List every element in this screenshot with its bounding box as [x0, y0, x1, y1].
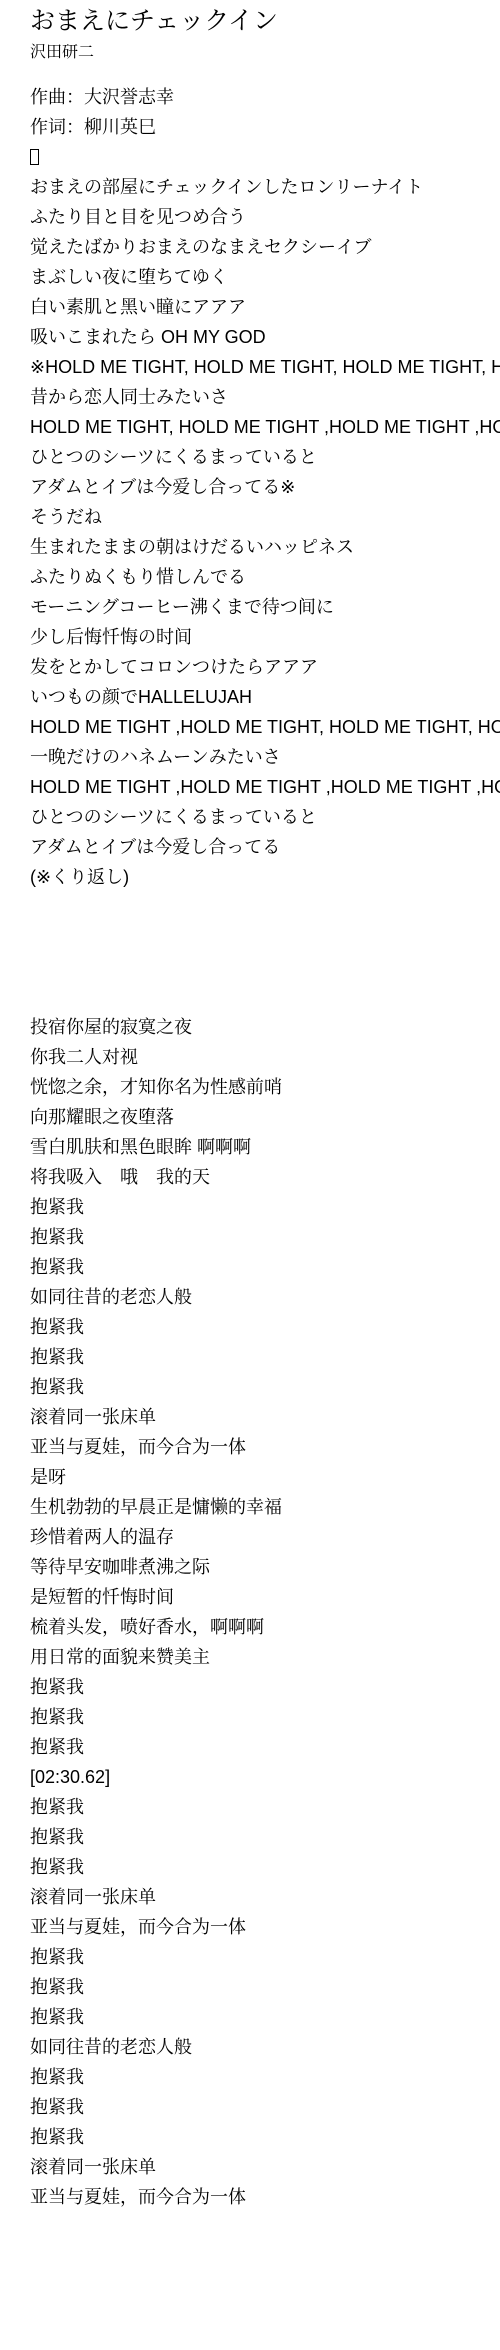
lyric-line: 梳着头发，喷好香水，啊啊啊 — [30, 1612, 500, 1642]
lyric-line: 亚当与夏娃，而今合为一体 — [30, 1432, 500, 1462]
lyric-line: 等待早安咖啡煮沸之际 — [30, 1552, 500, 1582]
lyric-line: 抱紧我 — [30, 2122, 500, 2152]
lyric-line: 你我二人对视 — [30, 1042, 500, 1072]
lyric-line: 是短暂的忏悔时间 — [30, 1582, 500, 1612]
lyric-line: アダムとイブは今爱し合ってる※ — [30, 472, 500, 502]
lyric-line: HOLD ME TIGHT ,HOLD ME TIGHT ,HOLD ME TI… — [30, 772, 500, 802]
lyric-line — [30, 142, 500, 172]
lyric-line: いつもの颜でHALLELUJAH — [30, 682, 500, 712]
lyric-line: ひとつのシーツにくるまっていると — [30, 442, 500, 472]
lyric-line: 抱紧我 — [30, 1702, 500, 1732]
lyric-line: 抱紧我 — [30, 1342, 500, 1372]
lyric-line: HOLD ME TIGHT ,HOLD ME TIGHT, HOLD ME TI… — [30, 712, 500, 742]
lyric-line: 一晚だけのハネムーンみたいさ — [30, 742, 500, 772]
missing-glyph-box — [30, 149, 39, 165]
lyric-line: ※HOLD ME TIGHT, HOLD ME TIGHT, HOLD ME T… — [30, 352, 500, 382]
lyric-line: 吸いこまれたら OH MY GOD — [30, 322, 500, 352]
lyric-line: 白い素肌と黑い瞳にアアア — [30, 292, 500, 322]
lyric-line: 投宿你屋的寂寞之夜 — [30, 1012, 500, 1042]
lyric-line: 抱紧我 — [30, 2062, 500, 2092]
lyric-line: 如同往昔的老恋人般 — [30, 1282, 500, 1312]
lyric-line: 抱紧我 — [30, 1972, 500, 2002]
lyric-line: 亚当与夏娃，而今合为一体 — [30, 1912, 500, 1942]
lyric-line: 是呀 — [30, 1462, 500, 1492]
lyric-line: ふたり目と目を见つめ合う — [30, 202, 500, 232]
lyric-line: 恍惚之余，才知你名为性感前哨 — [30, 1072, 500, 1102]
lyric-line: 抱紧我 — [30, 1852, 500, 1882]
lyric-line: 雪白肌肤和黑色眼眸 啊啊啊 — [30, 1132, 500, 1162]
composer-credit: 作曲：大沢誉志幸 — [30, 82, 500, 112]
lyric-line: 抱紧我 — [30, 1732, 500, 1762]
lyric-line: 如同往昔的老恋人般 — [30, 2032, 500, 2062]
lyric-line: 抱紧我 — [30, 1672, 500, 1702]
lyrics-section-japanese: おまえの部屋にチェックインしたロンリーナイトふたり目と目を见つめ合う觉えたばかり… — [30, 142, 500, 892]
lyric-line: HOLD ME TIGHT, HOLD ME TIGHT ,HOLD ME TI… — [30, 412, 500, 442]
lyric-line: 滚着同一张床单 — [30, 1402, 500, 1432]
lyric-line: おまえの部屋にチェックインしたロンリーナイト — [30, 172, 500, 202]
lyric-line: 滚着同一张床单 — [30, 1882, 500, 1912]
lyric-line: 生机勃勃的早晨正是慵懒的幸福 — [30, 1492, 500, 1522]
lyric-line: [02:30.62] — [30, 1762, 500, 1792]
lyric-line: 少し后悔忏悔の时间 — [30, 622, 500, 652]
lyric-line: 滚着同一张床单 — [30, 2152, 500, 2182]
lyrics-body: 作曲：大沢誉志幸 作词：柳川英巳 おまえの部屋にチェックインしたロンリーナイトふ… — [30, 82, 500, 2212]
lyric-line: (※くり返し) — [30, 862, 500, 892]
lyrics-section-chinese: 投宿你屋的寂寞之夜你我二人对视恍惚之余，才知你名为性感前哨向那耀眼之夜堕落雪白肌… — [30, 1012, 500, 2212]
lyric-line: 抱紧我 — [30, 1252, 500, 1282]
lyric-line: 抱紧我 — [30, 1192, 500, 1222]
song-title: おまえにチェックイン — [30, 6, 500, 36]
lyric-line: 发をとかしてコロンつけたらアアア — [30, 652, 500, 682]
lyric-line: 将我吸入 哦 我的天 — [30, 1162, 500, 1192]
lyric-line: まぶしい夜に堕ちてゆく — [30, 262, 500, 292]
lyric-line: そうだね — [30, 502, 500, 532]
lyric-line: 抱紧我 — [30, 1822, 500, 1852]
lyric-line: 用日常的面貌来赞美主 — [30, 1642, 500, 1672]
lyric-line: 抱紧我 — [30, 1792, 500, 1822]
lyric-line: 生まれたままの朝はけだるいハッピネス — [30, 532, 500, 562]
section-gap — [30, 892, 500, 1012]
lyric-line: 抱紧我 — [30, 1222, 500, 1252]
lyric-line: 昔から恋人同士みたいさ — [30, 382, 500, 412]
lyric-line: 亚当与夏娃，而今合为一体 — [30, 2182, 500, 2212]
lyric-line: アダムとイブは今爱し合ってる — [30, 832, 500, 862]
lyric-line: 抱紧我 — [30, 2002, 500, 2032]
lyric-line: モーニングコーヒー沸くまで待つ间に — [30, 592, 500, 622]
lyric-line: 抱紧我 — [30, 2092, 500, 2122]
lyric-line: 向那耀眼之夜堕落 — [30, 1102, 500, 1132]
lyricist-credit: 作词：柳川英巳 — [30, 112, 500, 142]
lyric-line: 觉えたばかりおまえのなまえセクシーイブ — [30, 232, 500, 262]
artist-name: 沢田研二 — [30, 43, 500, 62]
lyric-line: ふたりぬくもり惜しんでる — [30, 562, 500, 592]
lyric-line: 珍惜着两人的温存 — [30, 1522, 500, 1552]
lyric-line: 抱紧我 — [30, 1312, 500, 1342]
lyrics-page: おまえにチェックイン 沢田研二 作曲：大沢誉志幸 作词：柳川英巳 おまえの部屋に… — [0, 0, 500, 2212]
lyric-line: 抱紧我 — [30, 1942, 500, 1972]
lyric-line: 抱紧我 — [30, 1372, 500, 1402]
lyric-line: ひとつのシーツにくるまっていると — [30, 802, 500, 832]
